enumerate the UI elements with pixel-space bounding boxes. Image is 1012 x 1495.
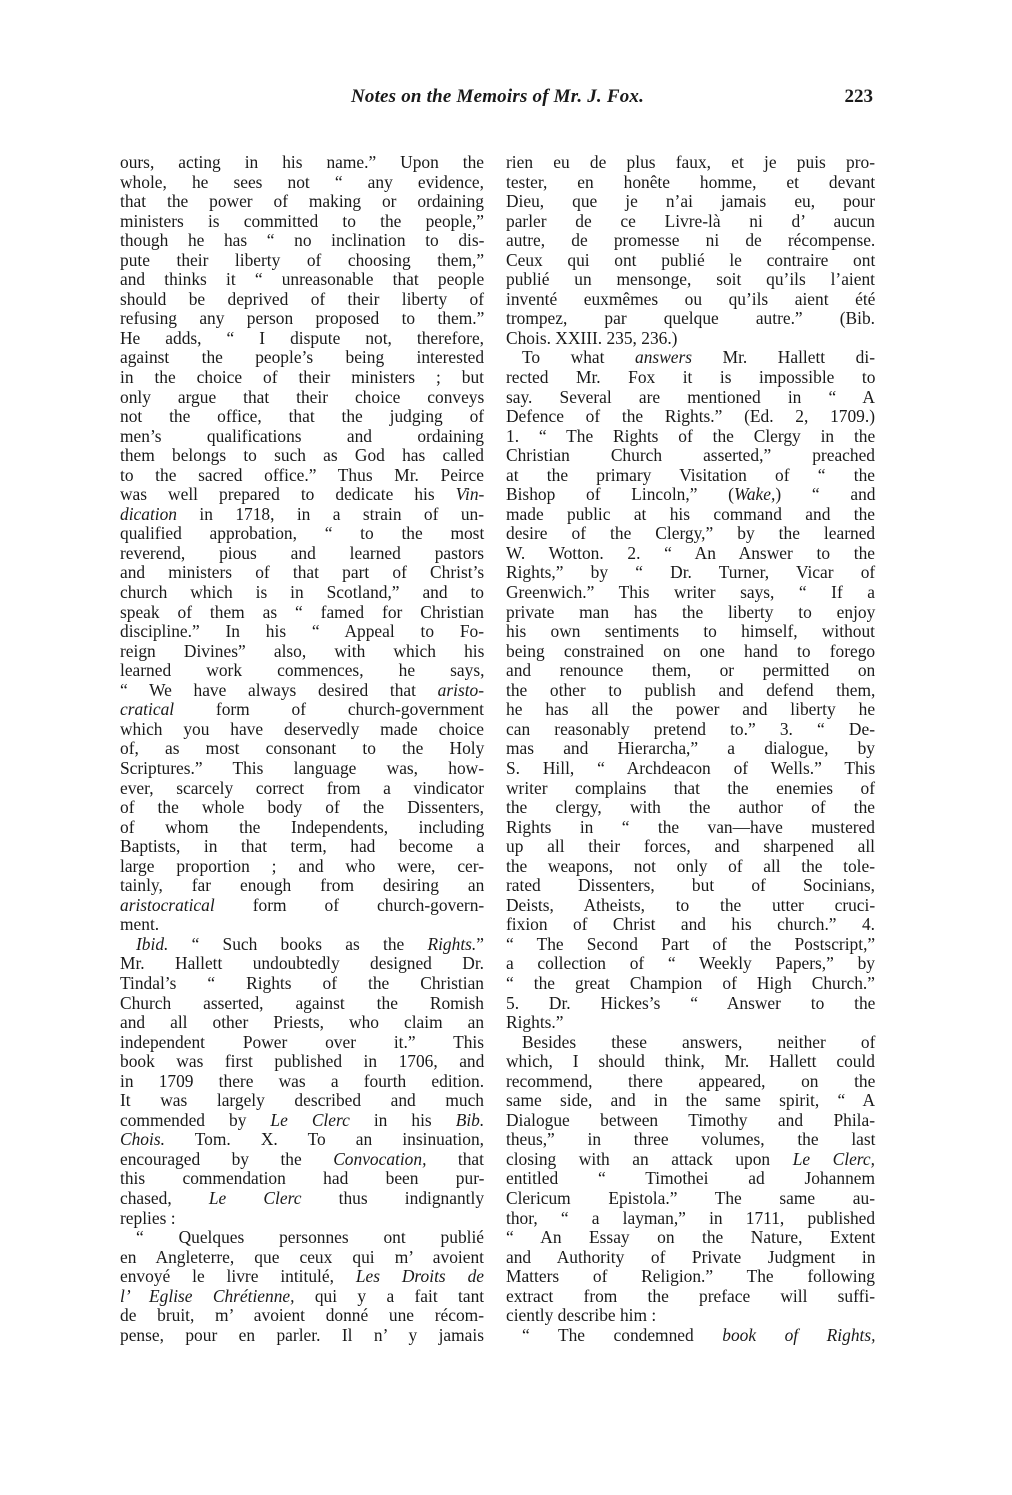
text-line: en Angleterre, que ceux qui m’ avoient [120, 1248, 484, 1268]
text-line: against the people’s being interested [120, 348, 484, 368]
text-line: them belongs to such as God has called [120, 446, 484, 466]
text-line: which you have deservedly made choice [120, 720, 484, 740]
text-line: desire of the Clergy,” by the learned [506, 524, 875, 544]
text-line: though he has “ no inclination to dis- [120, 231, 484, 251]
italic-text: Le Clerc [270, 1110, 349, 1130]
text-line: a collection of “ Weekly Papers,” by [506, 954, 875, 974]
text-line: Clericum Epistola.” The same au- [506, 1189, 875, 1209]
text-line: Rights.” [506, 1013, 875, 1033]
text-line: reverend, pious and learned pastors [120, 544, 484, 564]
text-line: aristocratical form of church-govern- [120, 896, 484, 916]
text-line: “ An Essay on the Nature, Extent [506, 1228, 875, 1248]
text-line: and renounce them, or permitted on [506, 661, 875, 681]
text-line: of the whole body of the Dissenters, [120, 798, 484, 818]
text-line: was well prepared to dedicate his Vin- [120, 485, 484, 505]
text-line: Defence of the Rights.” (Ed. 2, 1709.) [506, 407, 875, 427]
text-line: l’ Eglise Chrétienne, qui y a fait tant [120, 1287, 484, 1307]
text-line: made public at his command and the [506, 505, 875, 525]
text-line: dication in 1718, in a strain of un- [120, 505, 484, 525]
text-line: private man has the liberty to enjoy [506, 603, 875, 623]
italic-text: aristocratical [120, 895, 215, 915]
right-column: rien eu de plus faux, et je puis pro-tes… [506, 153, 875, 1345]
text-line: church which is in Scotland,” and to [120, 583, 484, 603]
text-line: He adds, “ I dispute not, therefore, [120, 329, 484, 349]
text-line: Rights,” by “ Dr. Turner, Vicar of [506, 563, 875, 583]
text-line: Greenwich.” This writer says, “ If a [506, 583, 875, 603]
italic-text: cratical [120, 699, 174, 719]
text-line: Dieu, que je n’ai jamais eu, pour [506, 192, 875, 212]
page-number: 223 [845, 86, 874, 108]
text-line: 1. “ The Rights of the Clergy in the [506, 427, 875, 447]
text-line: being constrained on one hand to forego [506, 642, 875, 662]
text-line: which, I should think, Mr. Hallett could [506, 1052, 875, 1072]
text-line: should be deprived of their liberty of [120, 290, 484, 310]
text-line: ours, acting in his name.” Upon the [120, 153, 484, 173]
text-line: fixion of Christ and his church.” 4. [506, 915, 875, 935]
text-line: of whom the Independents, including [120, 818, 484, 838]
italic-text: aristo- [438, 680, 484, 700]
text-line: writer complains that the enemies of [506, 779, 875, 799]
text-line: to the sacred office.” Thus Mr. Peirce [120, 466, 484, 486]
text-line: Bishop of Lincoln,” (Wake,) “ and [506, 485, 875, 505]
text-line: “ The condemned book of Rights, [506, 1326, 875, 1346]
text-line: speak of them as “ famed for Christian [120, 603, 484, 623]
text-line: recommend, there appeared, on the [506, 1072, 875, 1092]
text-line: “ the great Champion of High Church.” [506, 974, 875, 994]
text-line: “ We have always desired that aristo- [120, 681, 484, 701]
running-head: Notes on the Memoirs of Mr. J. Fox. 223 [120, 86, 875, 110]
text-line: Besides these answers, neither of [506, 1033, 875, 1053]
text-line: reign Divines” also, with which his [120, 642, 484, 662]
italic-text: Les Droits de [356, 1266, 484, 1286]
text-line: learned work commences, he says, [120, 661, 484, 681]
text-line: Ceux qui ont publié le contraire ont [506, 251, 875, 271]
italic-text: Rights. [427, 934, 476, 954]
text-line: To what answers Mr. Hallett di- [506, 348, 875, 368]
text-line: inventé euxmêmes ou qu’ils aient été [506, 290, 875, 310]
text-line: and thinks it “ unreasonable that people [120, 270, 484, 290]
text-line: S. Hill, “ Archdeacon of Wells.” This [506, 759, 875, 779]
italic-text: book of Rights, [722, 1325, 875, 1345]
text-line: this commendation had been pur- [120, 1169, 484, 1189]
text-line: the other to publish and defend them, [506, 681, 875, 701]
text-line: large proportion ; and who were, cer- [120, 857, 484, 877]
text-line: the weapons, not only of all the tole- [506, 857, 875, 877]
text-line: rien eu de plus faux, et je puis pro- [506, 153, 875, 173]
text-line: Ibid. “ Such books as the Rights.” [120, 935, 484, 955]
text-line: closing with an attack upon Le Clerc, [506, 1150, 875, 1170]
text-line: say. Several are mentioned in “ A [506, 388, 875, 408]
left-column: ours, acting in his name.” Upon thewhole… [120, 153, 484, 1345]
italic-text: Vin- [456, 484, 485, 504]
text-line: ment. [120, 915, 484, 935]
italic-text: Convocation, [333, 1149, 426, 1169]
text-line: at the primary Visitation of “ the [506, 466, 875, 486]
text-line: “ Quelques personnes ont publié [120, 1228, 484, 1248]
text-line: the clergy, with the author of the [506, 798, 875, 818]
text-line: tester, en honête homme, et devant [506, 173, 875, 193]
text-line: whole, he sees not “ any evidence, [120, 173, 484, 193]
text-line: and Authority of Private Judgment in [506, 1248, 875, 1268]
text-line: Chois. XXIII. 235, 236.) [506, 329, 875, 349]
text-line: that the power of making or ordaining [120, 192, 484, 212]
document-page: Notes on the Memoirs of Mr. J. Fox. 223 … [0, 0, 1012, 1495]
text-line: his own sentiments to himself, without [506, 622, 875, 642]
text-line: extract from the preface will suffi- [506, 1287, 875, 1307]
text-line: independent Power over it.” This [120, 1033, 484, 1053]
text-line: of, as most consonant to the Holy [120, 739, 484, 759]
italic-text: dication [120, 504, 177, 524]
text-line: and all other Priests, who claim an [120, 1013, 484, 1033]
text-line: cratical form of church-government [120, 700, 484, 720]
italic-text: Chois. [120, 1129, 165, 1149]
text-line: replies : [120, 1209, 484, 1229]
text-line: Rights in “ the van—have mustered [506, 818, 875, 838]
text-line: can reasonably pretend to.” 3. “ De- [506, 720, 875, 740]
italic-text: l’ Eglise Chrétienne, [120, 1286, 294, 1306]
text-line: W. Wotton. 2. “ An Answer to the [506, 544, 875, 564]
text-line: “ The Second Part of the Postscript,” [506, 935, 875, 955]
text-line: pute their liberty of choosing them,” [120, 251, 484, 271]
text-line: entitled “ Timothei ad Johannem [506, 1169, 875, 1189]
text-line: same side, and in the same spirit, “ A [506, 1091, 875, 1111]
text-line: Baptists, in that term, had become a [120, 837, 484, 857]
text-line: autre, de promesse ni de récompense. [506, 231, 875, 251]
text-line: discipline.” In his “ Appeal to Fo- [120, 622, 484, 642]
text-line: Tindal’s “ Rights of the Christian [120, 974, 484, 994]
text-line: ever, scarcely correct from a vindicator [120, 779, 484, 799]
text-line: encouraged by the Convocation, that [120, 1150, 484, 1170]
text-line: parler de ce Livre-là ni d’ aucun [506, 212, 875, 232]
text-line: men’s qualifications and ordaining [120, 427, 484, 447]
text-line: Church asserted, against the Romish [120, 994, 484, 1014]
italic-text: Bib. [456, 1110, 485, 1130]
text-line: Dialogue between Timothy and Phila- [506, 1111, 875, 1131]
running-title: Notes on the Memoirs of Mr. J. Fox. [120, 86, 875, 108]
text-line: rected Mr. Fox it is impossible to [506, 368, 875, 388]
text-line: theus,” in three volumes, the last [506, 1130, 875, 1150]
text-line: Chois. Tom. X. To an insinuation, [120, 1130, 484, 1150]
italic-text: Le Clerc [209, 1188, 302, 1208]
text-line: thor, “ a layman,” in 1711, published [506, 1209, 875, 1229]
text-line: mas and Hierarcha,” a dialogue, by [506, 739, 875, 759]
text-line: not the office, that the judging of [120, 407, 484, 427]
italic-text: Ibid. [136, 934, 168, 954]
text-line: 5. Dr. Hickes’s “ Answer to the [506, 994, 875, 1014]
text-line: qualified approbation, “ to the most [120, 524, 484, 544]
italic-text: Wake, [734, 484, 775, 504]
text-line: up all their forces, and sharpened all [506, 837, 875, 857]
italic-text: Le Clerc, [793, 1149, 875, 1169]
text-line: and ministers of that part of Christ’s [120, 563, 484, 583]
text-line: tainly, far enough from desiring an [120, 876, 484, 896]
text-line: Christian Church asserted,” preached [506, 446, 875, 466]
text-line: refusing any person proposed to them.” [120, 309, 484, 329]
text-line: ministers is committed to the people,” [120, 212, 484, 232]
text-line: Matters of Religion.” The following [506, 1267, 875, 1287]
text-line: rated Dissenters, but of Socinians, [506, 876, 875, 896]
text-line: publié un mensonge, soit qu’ils l’aient [506, 270, 875, 290]
text-line: trompez, par quelque autre.” (Bib. [506, 309, 875, 329]
text-line: It was largely described and much [120, 1091, 484, 1111]
text-line: Deists, Atheists, to the utter cruci- [506, 896, 875, 916]
text-line: only argue that their choice conveys [120, 388, 484, 408]
text-line: envoyé le livre intitulé, Les Droits de [120, 1267, 484, 1287]
italic-text: answers [635, 347, 692, 367]
text-line: ciently describe him : [506, 1306, 875, 1326]
text-line: pense, pour en parler. Il n’ y jamais [120, 1326, 484, 1346]
text-line: he has all the power and liberty he [506, 700, 875, 720]
text-line: de bruit, m’ avoient donné une récom- [120, 1306, 484, 1326]
text-line: chased, Le Clerc thus indignantly [120, 1189, 484, 1209]
text-line: Mr. Hallett undoubtedly designed Dr. [120, 954, 484, 974]
text-line: in the choice of their ministers ; but [120, 368, 484, 388]
text-line: Scriptures.” This language was, how- [120, 759, 484, 779]
text-line: in 1709 there was a fourth edition. [120, 1072, 484, 1092]
text-line: commended by Le Clerc in his Bib. [120, 1111, 484, 1131]
text-line: book was first published in 1706, and [120, 1052, 484, 1072]
